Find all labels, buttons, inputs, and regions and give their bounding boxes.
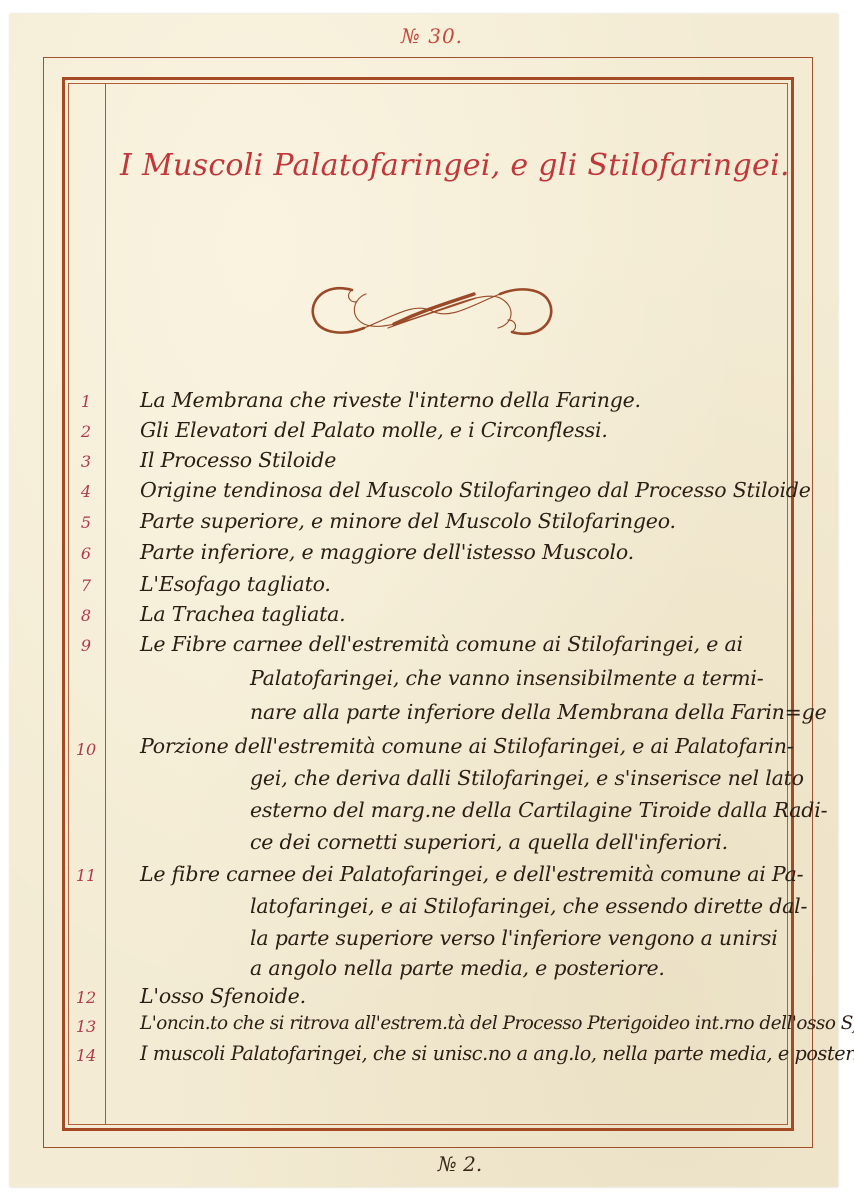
legend-text: Parte inferiore, e maggiore dell'istesso…: [140, 540, 634, 564]
legend-text: Parte superiore, e minore del Muscolo St…: [140, 509, 676, 533]
legend-number: 2: [66, 422, 106, 441]
legend-number: 3: [66, 452, 106, 471]
legend-text: nare alla parte inferiore della Membrana…: [250, 700, 827, 724]
legend-text: a angolo nella parte media, e posteriore…: [250, 956, 665, 980]
legend-text: Porzione dell'estremità comune ai Stilof…: [140, 734, 794, 758]
legend-text: la parte superiore verso l'inferiore ven…: [250, 926, 778, 950]
legend-text: esterno del marg.ne della Cartilagine Ti…: [250, 798, 827, 822]
legend-number: 14: [66, 1046, 106, 1065]
legend-number: 9: [66, 636, 106, 655]
legend-text: L'Esofago tagliato.: [140, 572, 331, 596]
legend-number: 13: [66, 1017, 106, 1036]
plate-number-top: № 30.: [372, 24, 492, 48]
plate-number-bottom: № 2.: [410, 1152, 510, 1176]
legend-number: 4: [66, 482, 106, 501]
number-column-divider: [105, 84, 106, 1124]
legend-number: 8: [66, 606, 106, 625]
legend-text: gei, che deriva dalli Stilofaringei, e s…: [250, 766, 804, 790]
calligraphic-flourish-icon: [304, 280, 560, 342]
legend-text: L'osso Sfenoide.: [140, 984, 306, 1008]
legend-number: 1: [66, 392, 106, 411]
legend-text: I muscoli Palatofaringei, che si unisc.n…: [140, 1042, 854, 1065]
legend-number: 12: [66, 988, 106, 1007]
legend-text: Le fibre carnee dei Palatofaringei, e de…: [140, 862, 803, 886]
legend-text: ce dei cornetti superiori, a quella dell…: [250, 830, 728, 854]
legend-number: 5: [66, 513, 106, 532]
page-title: I Muscoli Palatofaringei, e gli Stilofar…: [120, 148, 780, 183]
legend-number: 6: [66, 544, 106, 563]
legend-number: 10: [66, 740, 106, 759]
legend-text: La Membrana che riveste l'interno della …: [140, 388, 641, 412]
legend-text: Le Fibre carnee dell'estremità comune ai…: [140, 632, 743, 656]
legend-text: Il Processo Stiloide: [140, 448, 336, 472]
legend-text: La Trachea tagliata.: [140, 602, 346, 626]
legend-number: 7: [66, 576, 106, 595]
legend-text: Origine tendinosa del Muscolo Stilofarin…: [140, 478, 811, 502]
legend-text: latofaringei, e ai Stilofaringei, che es…: [250, 894, 807, 918]
legend-text: Gli Elevatori del Palato molle, e i Circ…: [140, 418, 608, 442]
legend-text: L'oncin.to che si ritrova all'estrem.tà …: [140, 1013, 854, 1034]
legend-number: 11: [66, 866, 106, 885]
legend-text: Palatofaringei, che vanno insensibilment…: [250, 666, 763, 690]
